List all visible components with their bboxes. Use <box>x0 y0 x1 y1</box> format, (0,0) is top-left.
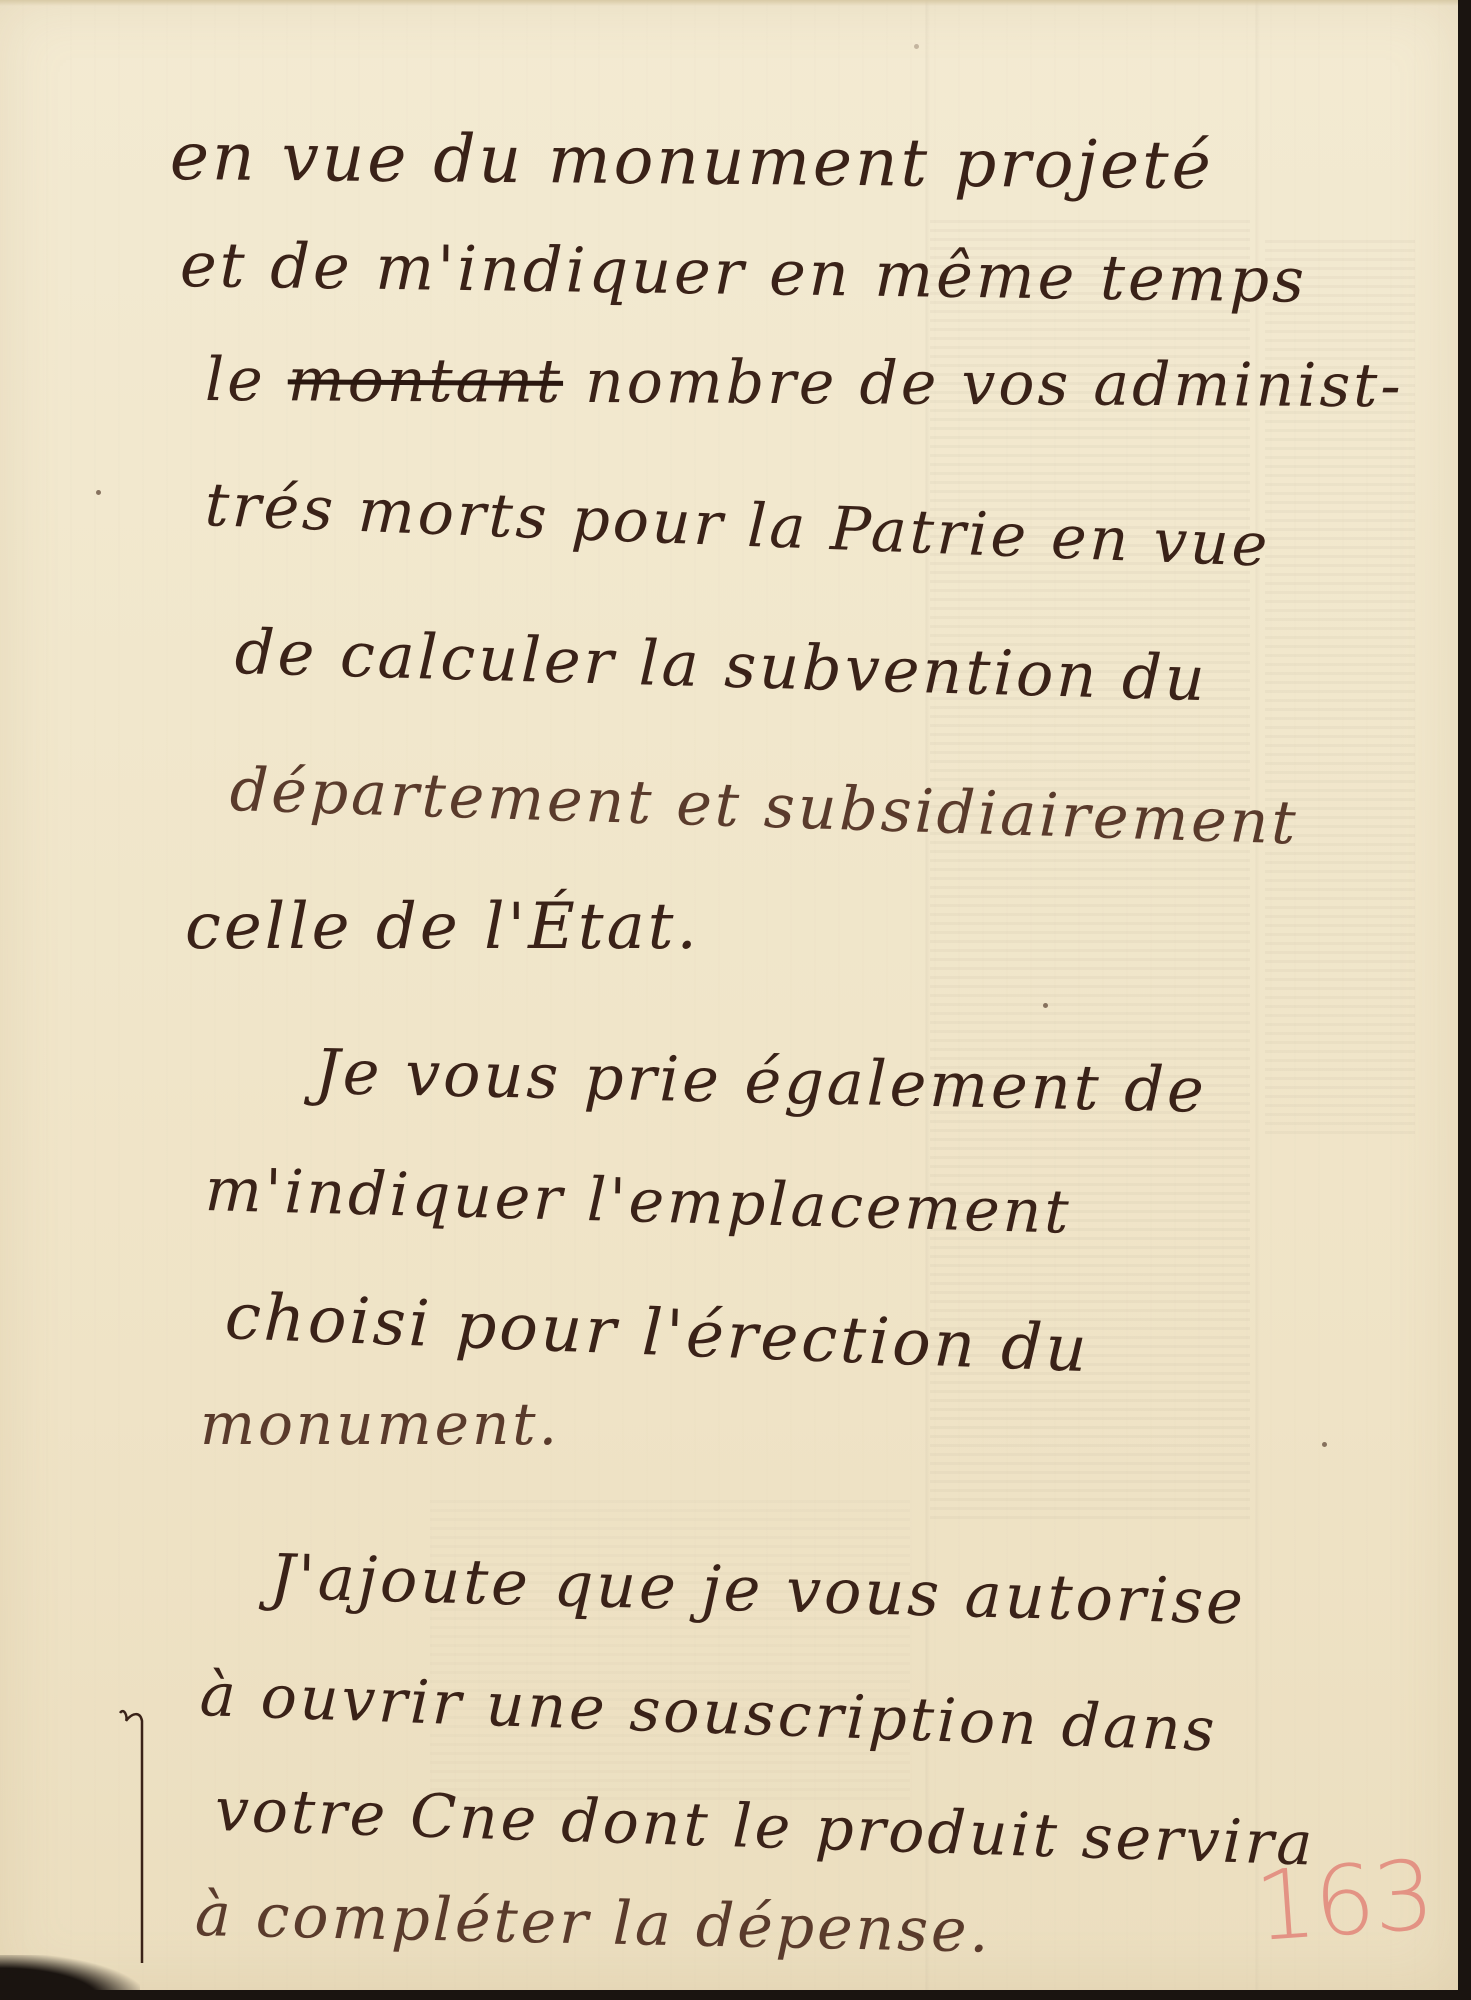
scan-edge-shadow <box>0 1955 140 2000</box>
manuscript-page: en vue du monument projeté et de m'indiq… <box>0 0 1458 1990</box>
page-top-edge <box>0 0 1458 6</box>
margin-bracket-mark <box>118 1707 148 1965</box>
handwritten-line-11: monument. <box>200 1390 560 1458</box>
paper-speck <box>96 490 101 495</box>
struck-out-word: montant <box>288 345 564 416</box>
line-3-start: le <box>205 345 288 415</box>
paper-speck <box>1043 1003 1048 1008</box>
handwritten-line-3: le montant nombre de vos administ- <box>205 345 1404 421</box>
line-3-end: nombre de vos administ- <box>563 347 1404 421</box>
handwritten-line-12: J'ajoute que je vous autorise <box>269 1540 1247 1639</box>
handwritten-line-15: à compléter la dépense. <box>194 1880 992 1967</box>
folio-number: 163 <box>1251 1839 1436 1963</box>
paper-speck <box>1322 1442 1327 1447</box>
handwritten-line-7: celle de l'État. <box>185 890 700 964</box>
handwritten-line-2: et de m'indiquer en même temps <box>179 228 1307 317</box>
paper-speck <box>914 44 919 49</box>
handwritten-line-1: en vue du monument projeté <box>170 118 1214 204</box>
bleed-through-text <box>430 1500 910 1800</box>
